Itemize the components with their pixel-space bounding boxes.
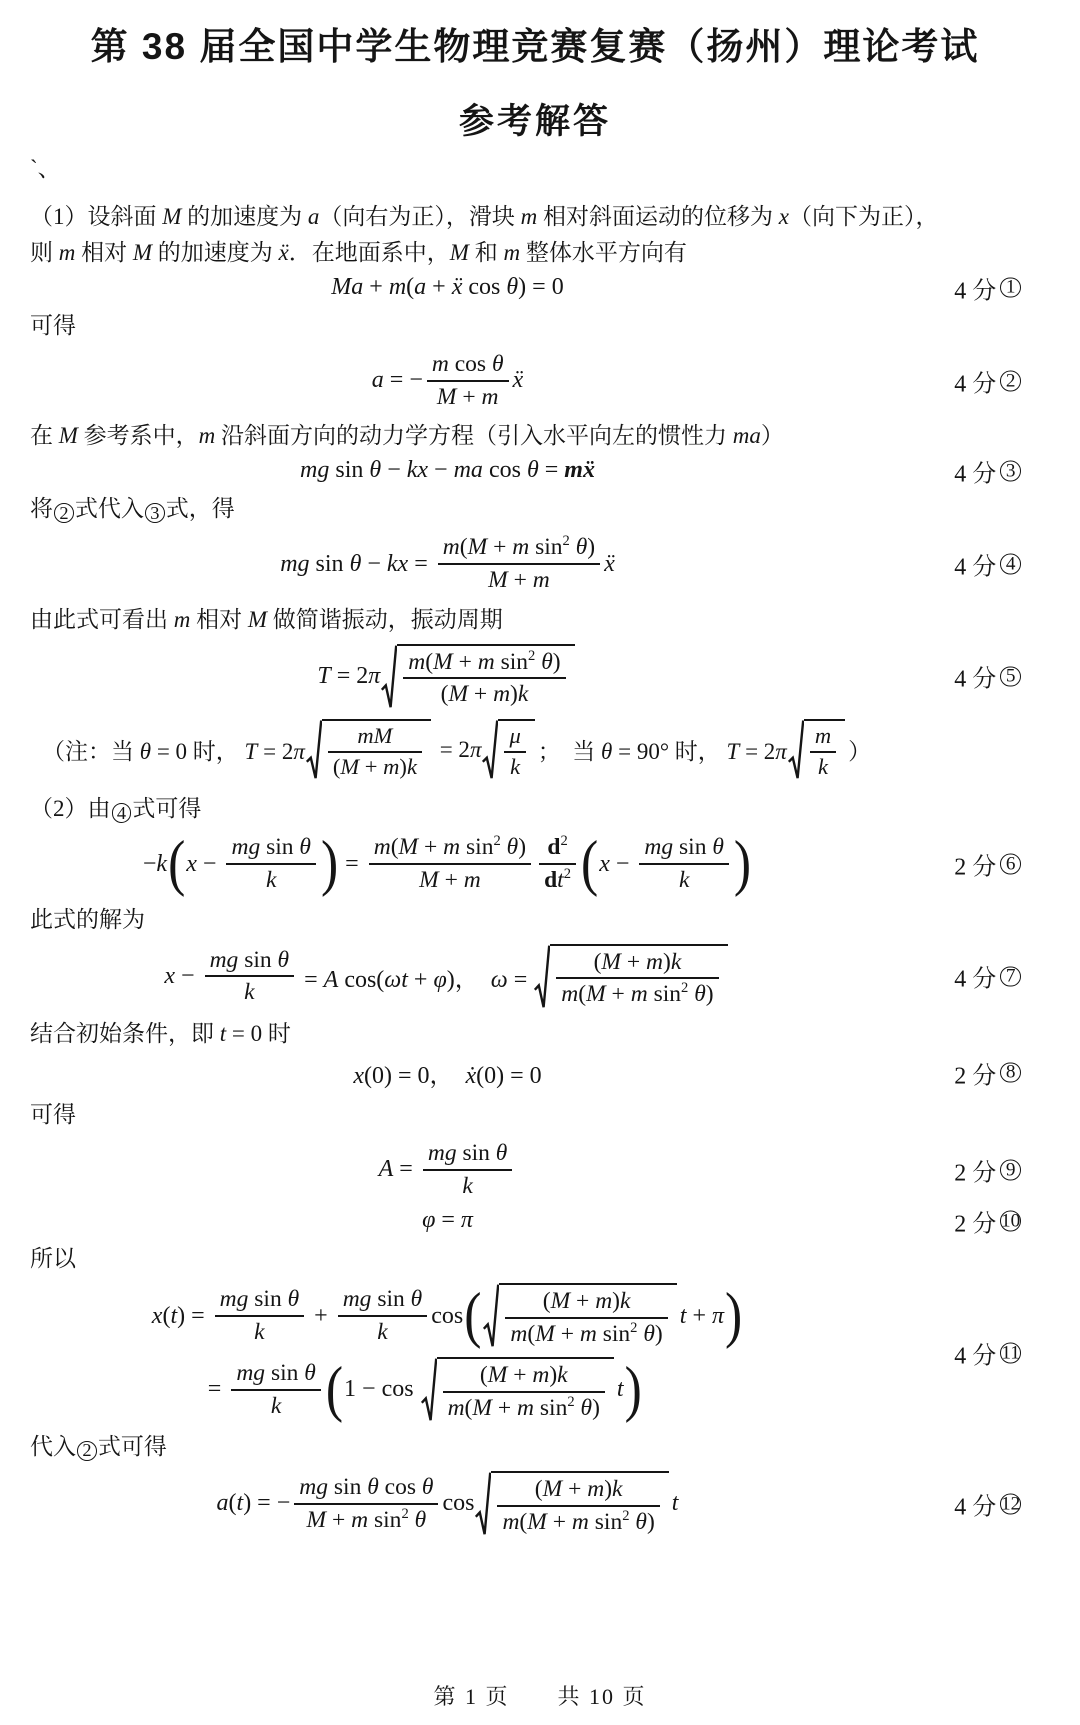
radical-sign (788, 719, 804, 780)
equation-7: x − mg sin θk = A cos(ωt + φ)， ω = (M + … (30, 944, 1040, 1009)
circled-number: 6 (1000, 854, 1021, 875)
fraction: m(M + m sin2 θ)(M + m)k (403, 648, 565, 709)
equation-5: T = 2π m(M + m sin2 θ)(M + m)k 4 分5 (30, 644, 1040, 709)
paragraph-initial-conditions: 结合初始条件，即 t = 0 时 (30, 1017, 1040, 1051)
note-line: （注：当 θ = 0 时， T = 2π mM(M + m)k = 2π μk … (42, 719, 1040, 780)
fraction: (M + m)km(M + m sin2 θ) (443, 1361, 605, 1422)
equation-11-line-1: x(t) = mg sin θk + mg sin θk cos ( (M + … (152, 1283, 743, 1348)
paragraph-M-frame: 在 M 参考系中，m 沿斜面方向的动力学方程（引入水平向左的惯性力 ma） (30, 419, 1040, 453)
equation-12: a(t) = − mg sin θ cos θM + m sin2 θ cos … (30, 1471, 1040, 1536)
score-9: 2 分9 (954, 1152, 1022, 1187)
score-2: 4 分2 (954, 363, 1022, 398)
score-10: 2 分10 (954, 1203, 1022, 1238)
fraction: (M + m)km(M + m sin2 θ) (505, 1287, 667, 1348)
circled-number: 8 (1000, 1062, 1021, 1083)
fraction: m(M + m sin2 θ)M + m (438, 533, 600, 594)
fraction-derivative: d2dt2 (539, 833, 576, 894)
paragraph-substitute-2-3: 将2式代入3式，得 (30, 492, 1040, 526)
radical-sign (483, 1283, 499, 1348)
paragraph-shm: 由此式可看出 m 相对 M 做简谐振动，振动周期 (30, 603, 1040, 637)
page-subtitle: 参考解答 (30, 94, 1040, 144)
fraction: mg sin θ cos θM + m sin2 θ (294, 1473, 438, 1534)
radical-sign (421, 1357, 437, 1422)
sqrt-radical: (M + m)km(M + m sin2 θ) (483, 1283, 676, 1348)
paragraph-substitute-2: 代入2式可得 (30, 1430, 1040, 1464)
equation-10: φ = π 2 分10 (30, 1207, 1040, 1234)
sqrt-radical: m(M + m sin2 θ)(M + m)k (381, 644, 574, 709)
sqrt-radical: (M + m)km(M + m sin2 θ) (534, 944, 727, 1009)
paragraph-1-line-2: 则 m 相对 M 的加速度为 ẍ．在地面系中，M 和 m 整体水平方向有 (30, 236, 1040, 270)
fraction: mM(M + m)k (328, 723, 422, 780)
equation-9: A = mg sin θk 2 分9 (30, 1139, 1040, 1200)
fraction: m cos θM + m (427, 350, 509, 411)
score-6: 2 分6 (954, 847, 1022, 882)
fraction: mg sin θk (423, 1139, 513, 1200)
sqrt-radical: μk (482, 719, 534, 780)
fraction: mg sin θk (226, 833, 316, 894)
circled-number: 3 (1000, 461, 1021, 482)
score-5: 4 分5 (954, 659, 1022, 694)
page-footer: 第 1 页共 10 页 (0, 1680, 1080, 1711)
fraction: m(M + m sin2 θ)M + m (369, 833, 531, 894)
fraction: mg sin θk (205, 946, 295, 1007)
equation-11-line-2: = mg sin θk ( 1 − cos (M + m)km(M + m si… (208, 1357, 643, 1422)
paragraph-1-line-1: （1）设斜面 M 的加速度为 a（向右为正），滑块 m 相对斜面运动的位移为 x… (30, 200, 1040, 234)
circled-number: 12 (1000, 1494, 1021, 1515)
paragraph-part-2: （2）由4式可得 (30, 792, 1040, 826)
circled-number: 7 (1000, 966, 1021, 987)
circled-number: 2 (1000, 370, 1021, 391)
equation-6: −k ( x − mg sin θk ) = m(M + m sin2 θ)M … (30, 833, 1040, 894)
fraction: mg sin θk (231, 1359, 321, 1420)
equation-11: x(t) = mg sin θk + mg sin θk cos ( (M + … (30, 1283, 1040, 1422)
radical-sign (381, 644, 397, 709)
sqrt-radical: mM(M + m)k (306, 719, 431, 780)
fraction: mg sin θk (639, 833, 729, 894)
sqrt-radical: (M + m)km(M + m sin2 θ) (475, 1471, 668, 1536)
score-1: 4 分1 (954, 270, 1022, 305)
circled-number: 1 (1000, 277, 1021, 298)
circled-number: 9 (1000, 1159, 1021, 1180)
radical-sign (482, 719, 498, 780)
equation-4: mg sin θ − kx = m(M + m sin2 θ)M + m ẍ 4… (30, 533, 1040, 594)
radical-sign (534, 944, 550, 1009)
radical-sign (306, 719, 322, 780)
score-4: 4 分4 (954, 547, 1022, 582)
document-page: 第 38 届全国中学生物理竞赛复赛（扬州）理论考试 参考解答 ˋ、 （1）设斜面… (0, 0, 1080, 1725)
sqrt-radical: (M + m)km(M + m sin2 θ) (421, 1357, 614, 1422)
score-11: 4 分11 (954, 1335, 1022, 1370)
equation-8: x(0) = 0， ẋ(0) = 0 2 分8 (30, 1055, 1040, 1090)
section-marker: ˋ、 (30, 152, 1040, 186)
paragraph-kede-1: 可得 (30, 309, 1040, 343)
sqrt-radical: mk (788, 719, 845, 780)
fraction: μk (504, 723, 525, 780)
score-3: 4 分3 (954, 453, 1022, 488)
score-12: 4 分12 (954, 1486, 1022, 1521)
radical-sign (475, 1471, 491, 1536)
equation-2: a = − m cos θM + m ẍ 4 分2 (30, 350, 1040, 411)
page-title: 第 38 届全国中学生物理竞赛复赛（扬州）理论考试 (30, 12, 1040, 70)
equation-1: Ma + m(a + ẍ cos θ) = 0 4 分1 (30, 274, 1040, 301)
paragraph-therefore: 所以 (30, 1242, 1040, 1276)
score-8: 2 分8 (954, 1055, 1022, 1090)
score-7: 4 分7 (954, 959, 1022, 994)
fraction: (M + m)km(M + m sin2 θ) (497, 1475, 659, 1536)
circled-number: 11 (1000, 1342, 1021, 1363)
equation-3: mg sin θ − kx − ma cos θ = mẍ 4 分3 (30, 457, 1040, 484)
total-pages: 共 10 页 (558, 1684, 647, 1709)
fraction: mg sin θk (215, 1285, 305, 1346)
page-number: 第 1 页 (433, 1684, 509, 1709)
circled-number: 4 (1000, 554, 1021, 575)
paragraph-solution: 此式的解为 (30, 903, 1040, 937)
fraction: mg sin θk (338, 1285, 428, 1346)
circled-number: 5 (1000, 666, 1021, 687)
fraction: (M + m)km(M + m sin2 θ) (556, 948, 718, 1009)
circled-number: 10 (1000, 1211, 1021, 1232)
paragraph-kede-2: 可得 (30, 1098, 1040, 1132)
fraction: mk (810, 723, 836, 780)
